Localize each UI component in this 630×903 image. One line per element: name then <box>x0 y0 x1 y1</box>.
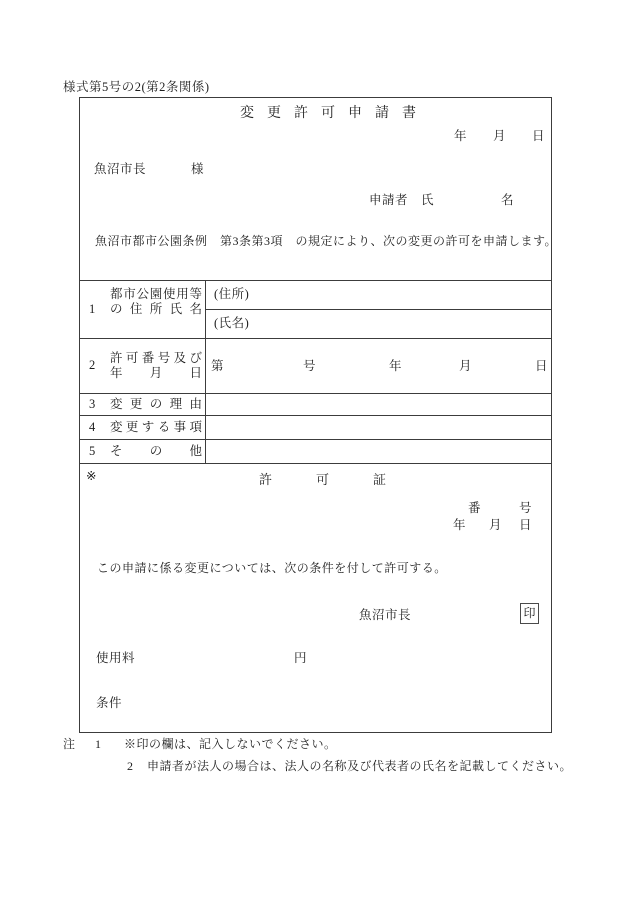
fee-unit-label: 円 <box>294 651 307 666</box>
row3-label-text: 変更の理由 <box>110 397 202 412</box>
addressee-name: 魚沼市長 <box>94 162 146 177</box>
grid-line <box>80 415 551 416</box>
row4-label: 変更する事項 <box>110 420 202 435</box>
document-page: 様式第5号の2(第2条関係) 変更許可申請書 年 月 日 魚沼市長 様 申請者 … <box>0 0 630 903</box>
certificate-date-year: 年 <box>453 518 466 533</box>
grid-line <box>80 463 551 464</box>
note1-number: 1 <box>95 737 102 752</box>
row3-number: 3 <box>89 397 96 412</box>
permit-number-prefix: 第 <box>211 359 224 374</box>
mayor-signature-label: 魚沼市長 <box>359 608 411 623</box>
declaration-text: 魚沼市都市公園条例 第3条第3項 の規定により、次の変更の許可を申請します。 <box>95 234 557 249</box>
fee-label: 使用料 <box>96 651 135 666</box>
row5-label-text: その他 <box>110 444 202 459</box>
row4-label-text: 変更する事項 <box>110 420 202 435</box>
row2-number: 2 <box>89 358 96 373</box>
seal-character: 印 <box>523 606 535 620</box>
grid-line <box>80 280 551 281</box>
permit-date-month: 月 <box>459 359 472 374</box>
address-field-label: (住所) <box>214 287 249 302</box>
applicant-name-suffix: 名 <box>501 193 514 208</box>
form-border-box: 変更許可申請書 年 月 日 魚沼市長 様 申請者 氏 名 魚沼市都市公園条例 第… <box>79 97 552 733</box>
application-date-line: 年 月 日 <box>454 129 545 144</box>
permit-date-year: 年 <box>389 359 402 374</box>
row5-label: その他 <box>110 444 202 459</box>
grid-line <box>80 338 551 339</box>
row1-number: 1 <box>89 302 96 317</box>
row2-label-line1: 許可番号及び <box>110 351 202 366</box>
row2-label-line2: 年月日 <box>110 366 202 381</box>
row1-label-line2: の住所氏名 <box>110 302 202 317</box>
permit-date-day: 日 <box>535 359 548 374</box>
addressee-honorific: 様 <box>191 162 204 177</box>
applicant-label: 申請者 氏 <box>369 193 434 208</box>
permit-number-suffix: 号 <box>303 359 316 374</box>
grid-line <box>205 309 551 310</box>
name-field-label: (氏名) <box>214 316 249 331</box>
seal-mark: 印 <box>520 603 539 624</box>
row1-label-line1: 都市公園使用等 <box>110 287 202 302</box>
row3-label: 変更の理由 <box>110 397 202 412</box>
row4-number: 4 <box>89 420 96 435</box>
row5-number: 5 <box>89 444 96 459</box>
grid-line <box>80 393 551 394</box>
certificate-date-month: 月 <box>489 518 502 533</box>
notes-marker: 注 <box>63 737 76 752</box>
form-title: 変更許可申請書 <box>240 102 429 122</box>
office-use-marker: ※ <box>86 469 97 484</box>
certificate-number-prefix: 番 <box>468 501 481 516</box>
grant-sentence: この申請に係る変更については、次の条件を付して許可する。 <box>97 561 447 576</box>
row1-label: 都市公園使用等 の住所氏名 <box>110 287 202 317</box>
row2-label: 許可番号及び 年月日 <box>110 351 202 381</box>
form-number: 様式第5号の2(第2条関係) <box>63 80 210 95</box>
note2-text: 申請者が法人の場合は、法人の名称及び代表者の氏名を記載してください。 <box>147 759 572 774</box>
grid-line <box>80 439 551 440</box>
permit-certificate-title: 許可証 <box>259 469 430 488</box>
certificate-number-suffix: 号 <box>519 501 532 516</box>
note2-number: 2 <box>127 759 134 774</box>
certificate-date-day: 日 <box>519 518 532 533</box>
conditions-label: 条件 <box>96 696 122 711</box>
note1-text: ※印の欄は、記入しないでください。 <box>124 737 337 752</box>
grid-line <box>205 280 206 463</box>
